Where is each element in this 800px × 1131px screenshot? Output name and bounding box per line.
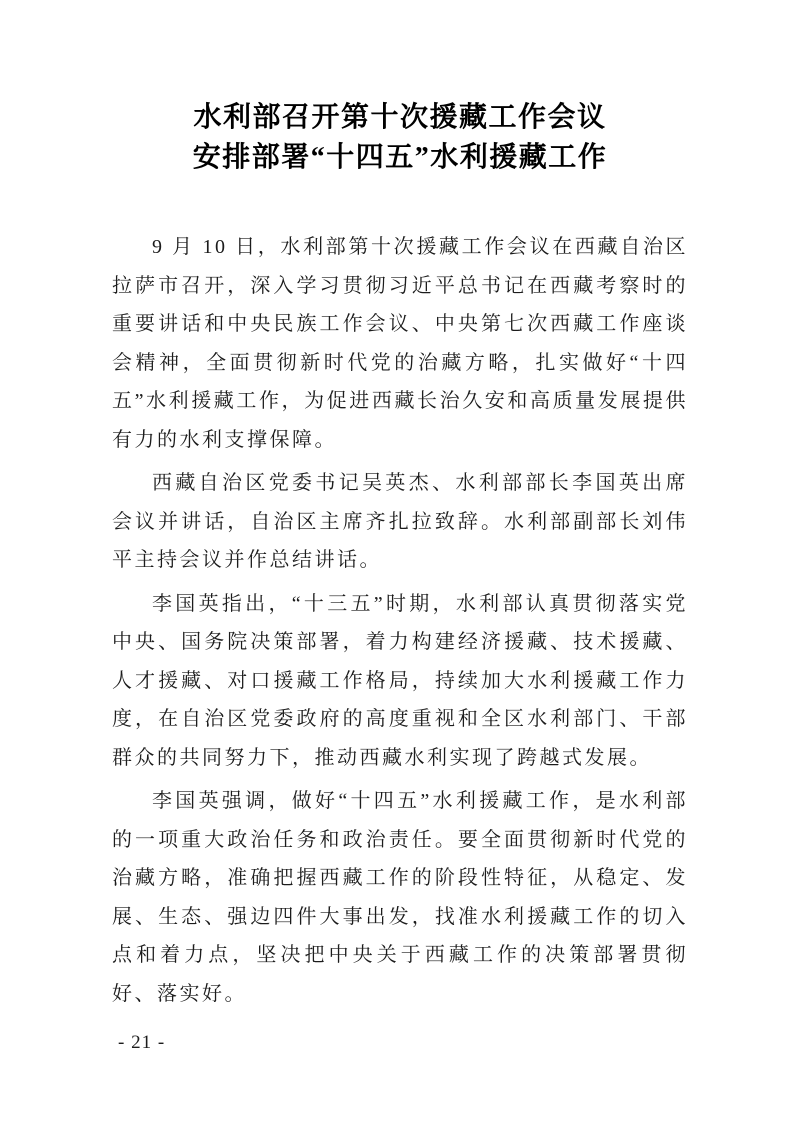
title-line-1: 水利部召开第十次援藏工作会议 bbox=[0, 98, 800, 138]
paragraph-1: 9 月 10 日，水利部第十次援藏工作会议在西藏自治区拉萨市召开，深入学习贯彻习… bbox=[112, 228, 688, 459]
document-body: 9 月 10 日，水利部第十次援藏工作会议在西藏自治区拉萨市召开，深入学习贯彻习… bbox=[112, 228, 688, 1013]
paragraph-2: 西藏自治区党委书记吴英杰、水利部部长李国英出席会议并讲话，自治区主席齐扎拉致辞。… bbox=[112, 464, 688, 580]
paragraph-4: 李国英强调，做好“十四五”水利援藏工作，是水利部的一项重大政治任务和政治责任。要… bbox=[112, 782, 688, 1013]
paragraph-3: 李国英指出，“十三五”时期，水利部认真贯彻落实党中央、国务院决策部署，着力构建经… bbox=[112, 585, 688, 778]
document-page: 水利部召开第十次援藏工作会议 安排部署“十四五”水利援藏工作 9 月 10 日，… bbox=[0, 0, 800, 1131]
page-number: - 21 - bbox=[118, 1032, 165, 1054]
document-title: 水利部召开第十次援藏工作会议 安排部署“十四五”水利援藏工作 bbox=[0, 98, 800, 178]
title-line-2: 安排部署“十四五”水利援藏工作 bbox=[0, 138, 800, 178]
